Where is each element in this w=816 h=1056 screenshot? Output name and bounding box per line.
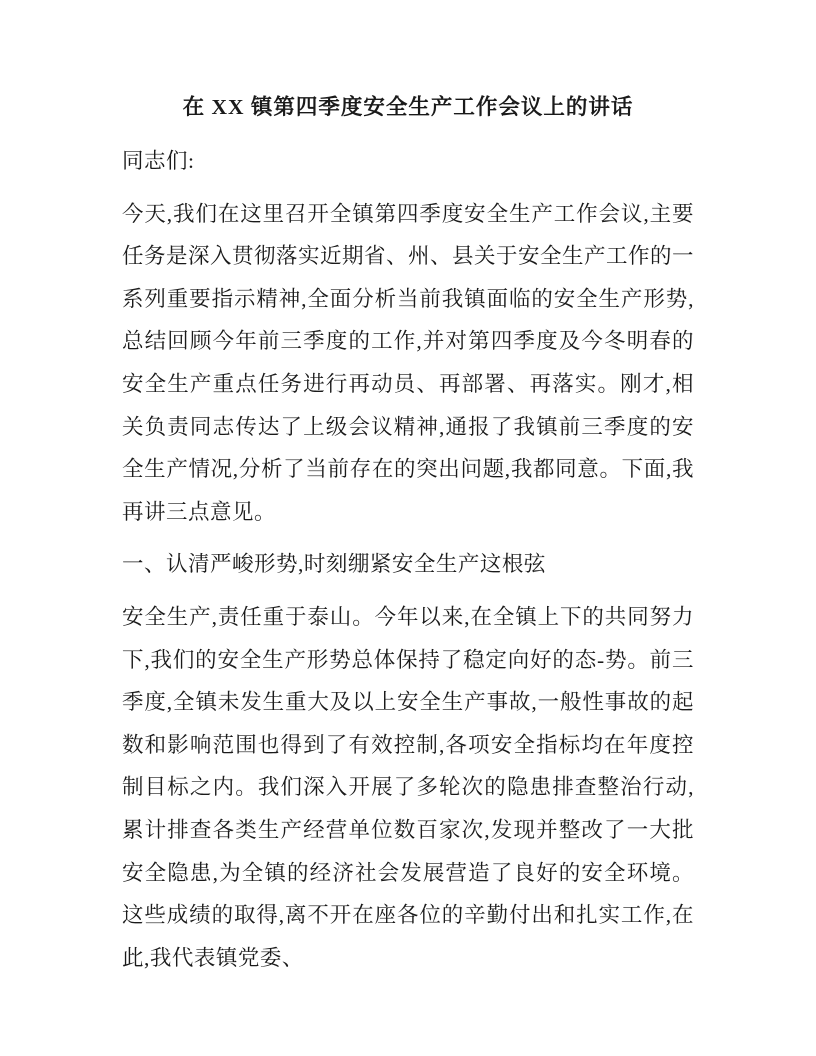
section-heading-1: 一、认清严峻形势,时刻绷紧安全生产这根弦	[122, 543, 694, 586]
doc-title: 在 XX 镇第四季度安全生产工作会议上的讲话	[122, 86, 694, 129]
paragraph-body-1: 安全生产,责任重于泰山。今年以来,在全镇上下的共同努力下,我们的安全生产形势总体…	[122, 596, 694, 979]
document-page: 在 XX 镇第四季度安全生产工作会议上的讲话 同志们: 今天,我们在这里召开全镇…	[0, 0, 816, 1056]
paragraph-intro: 今天,我们在这里召开全镇第四季度安全生产工作会议,主要任务是深入贯彻落实近期省、…	[122, 193, 694, 534]
salutation: 同志们:	[122, 140, 694, 183]
